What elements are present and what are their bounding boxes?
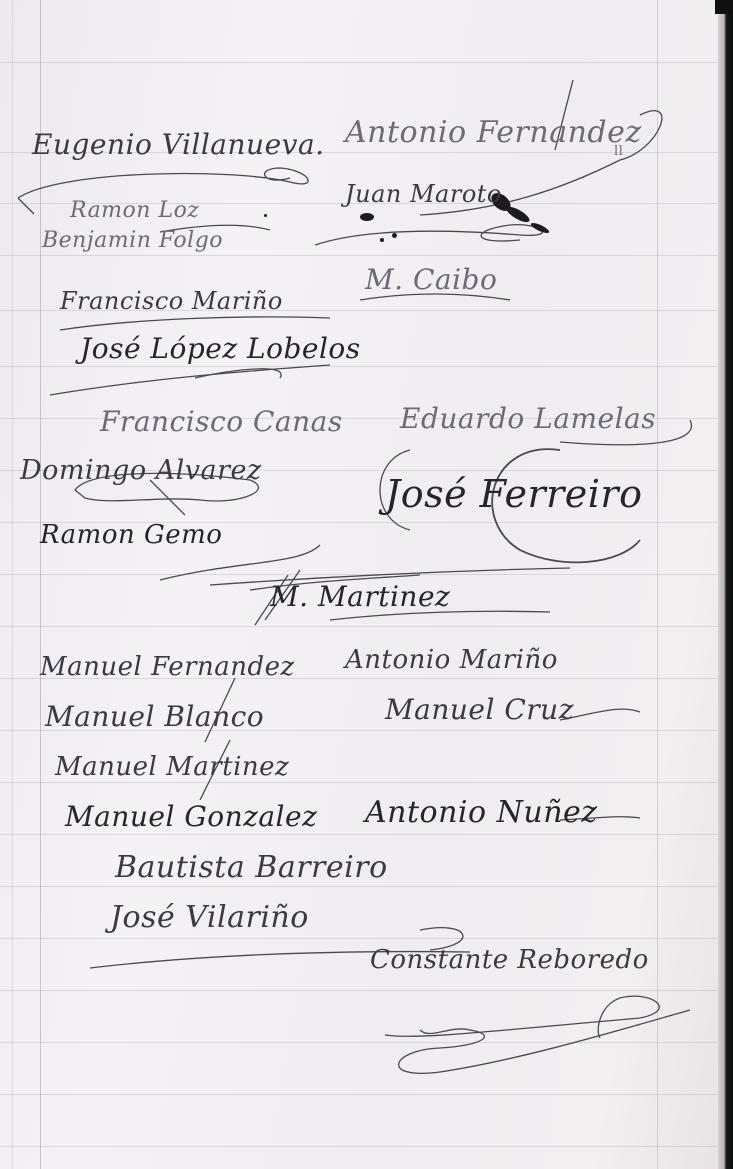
signature-m-martinez: M. Martinez <box>270 580 450 613</box>
ruled-line <box>0 938 718 939</box>
signature-eugenio-villanueva: Eugenio Villanueva. <box>32 128 325 161</box>
ruled-line <box>0 834 718 835</box>
ruled-line <box>0 1042 718 1043</box>
ruled-line <box>0 1094 718 1095</box>
ink-blot <box>380 238 384 242</box>
ink-blot <box>264 214 267 217</box>
ink-blot <box>392 233 397 238</box>
signature-jose-ferreiro: José Ferreiro <box>385 472 642 516</box>
ruled-line <box>0 62 718 63</box>
signature-juan-maroto: Juan Maroto <box>345 180 502 208</box>
margin-line-outer <box>12 0 13 1169</box>
signature-eduardo-lamelas: Eduardo Lamelas <box>400 402 656 435</box>
ruled-line <box>0 255 718 256</box>
signature-ramon-gemo: Ramon Gemo <box>40 520 222 550</box>
ruled-line <box>0 782 718 783</box>
ruled-line <box>0 626 718 627</box>
signature-manuel-gonzalez: Manuel Gonzalez <box>65 800 317 833</box>
ruled-line <box>0 366 718 367</box>
signature-manuel-fernandez: Manuel Fernandez <box>40 652 295 682</box>
signature-manuel-martinez: Manuel Martinez <box>55 752 289 782</box>
signature-jose-lopez-lobelos: José López Lobelos <box>80 332 361 365</box>
signature-manuel-cruz: Manuel Cruz <box>385 693 574 726</box>
signature-antonio-fernandez: Antonio Fernandez <box>345 115 642 150</box>
signature-bautista-barreiro: Bautista Barreiro <box>115 850 388 885</box>
page-edge-shadow <box>718 0 733 1169</box>
signature-ramon-loz: Ramon Loz <box>70 198 199 223</box>
signature-mark: ll <box>614 144 623 159</box>
ruled-line <box>0 574 718 575</box>
signature-manuel-blanco: Manuel Blanco <box>45 700 264 733</box>
signature-benjamin-folgo: Benjamin Folgo <box>42 228 223 253</box>
signature-francisco-marino: Francisco Mariño <box>60 287 283 315</box>
ruled-line <box>0 1146 718 1147</box>
page-corner-shadow <box>715 0 733 14</box>
signature-m-caibo: M. Caibo <box>365 263 497 296</box>
margin-line-left <box>40 0 41 1169</box>
signature-domingo-alvarez: Domingo Alvarez <box>20 455 262 486</box>
ink-blot <box>504 204 531 225</box>
margin-line-right <box>657 0 658 1169</box>
signature-antonio-marino: Antonio Mariño <box>345 645 558 675</box>
ink-blot <box>360 213 374 221</box>
signature-constante-reboredo: Constante Reboredo <box>370 945 649 975</box>
signature-antonio-nunez: Antonio Nuñez <box>365 795 598 830</box>
ruled-line <box>0 886 718 887</box>
ink-blot <box>530 221 551 235</box>
signature-francisco-canas: Francisco Canas <box>100 405 343 438</box>
ruled-line <box>0 990 718 991</box>
document-page: Eugenio Villanueva. Antonio Fernandez ll… <box>0 0 733 1169</box>
signature-jose-vilarino: José Vilariño <box>110 900 309 935</box>
